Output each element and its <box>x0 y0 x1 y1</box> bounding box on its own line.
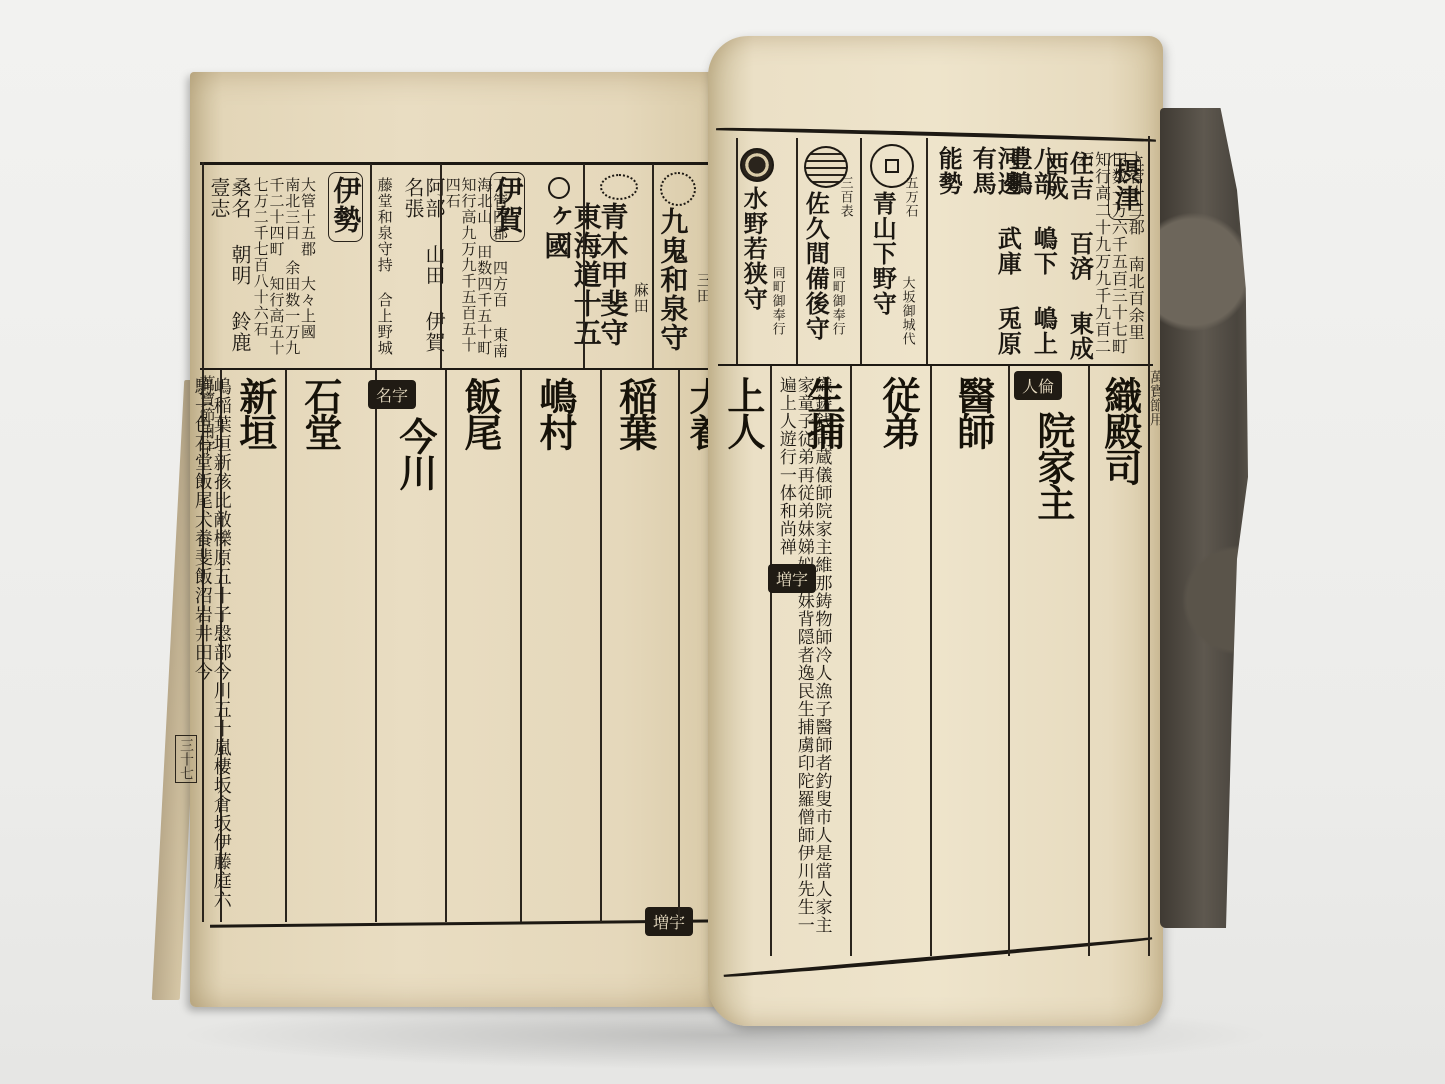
column-divider <box>285 370 287 922</box>
ise-lord: 藤堂和泉守持 合上野城 <box>376 177 392 362</box>
mizuno-name: 水野若狭守 <box>741 186 766 356</box>
sakuma-name: 佐久間備後守 <box>803 191 828 356</box>
region-heading: 東海道十五ヶ國 <box>542 202 601 362</box>
brush-entry: 飯尾 <box>460 377 500 917</box>
ise-districts-2: 桑名 朝明 鈴鹿 壹志 <box>208 177 250 362</box>
column-divider <box>930 366 932 956</box>
label-myoji: 名字 <box>368 380 416 409</box>
worn-binding-spine <box>1160 108 1270 928</box>
column-divider <box>860 138 862 364</box>
mizuno-post: 同町御奉行 <box>770 266 784 356</box>
sakuma-post: 同町御奉行 <box>830 266 844 356</box>
aoki-name: 青木甲斐守 <box>598 202 627 362</box>
small-entries-col: 嶋稲葉垣新孩比敵櫟原五十子慇部今川五十嵐棲坂倉坂伊藤庭六駒一色石堂飯尾犬養斐飯沼… <box>192 377 230 917</box>
aoki-seat: 麻田 <box>632 282 648 362</box>
column-divider <box>926 138 928 364</box>
sakuma-stipend: 三百表 <box>838 176 852 236</box>
brush-entry: 今川 <box>395 417 435 917</box>
iga-heading-box: 伊賀 <box>490 172 525 242</box>
small-rings-crest-icon <box>660 172 696 206</box>
column-divider <box>678 370 680 922</box>
column-divider <box>520 370 522 922</box>
ise-districts: 阿部 山田 伊賀 名張 <box>402 177 444 362</box>
column-divider <box>440 164 442 368</box>
column-divider <box>600 370 602 922</box>
brush-entry: 石堂 <box>300 377 340 917</box>
brush-entry: 院家主 <box>1033 411 1073 946</box>
settsu-districts-4: 能勢 <box>936 146 961 356</box>
aoyama-post: 大坂御城代 <box>900 276 914 356</box>
left-margin-title: 萬寶節用字 <box>195 375 218 455</box>
settsu-heading-box: 摂津 <box>1108 154 1141 220</box>
column-divider <box>370 164 372 368</box>
ise-note: 大管十五郡 大々上國 南北三日 余田数一万九千二十四町 知行高五十七万二千七百八… <box>252 177 315 362</box>
settsu-heading: 摂津 <box>1111 158 1138 212</box>
page-number: 三十七 <box>175 735 197 783</box>
column-divider <box>583 164 585 368</box>
label-zoji: 増字 <box>768 564 816 593</box>
kuki-name: 九鬼和泉守 <box>658 207 687 367</box>
stacked-rings-crest-icon <box>600 174 638 200</box>
right-page: 水野若狭守 同町御奉行 佐久間備後守 三百表 同町御奉行 青山下野守 五万石 大… <box>708 36 1163 1026</box>
column-divider <box>652 164 654 368</box>
top-border-rule <box>716 126 1156 142</box>
circle-mark-icon <box>548 177 570 199</box>
iga-heading: 伊賀 <box>493 176 522 234</box>
aoyama-stipend: 五万石 <box>903 176 917 236</box>
column-divider <box>770 366 772 956</box>
column-divider <box>1088 366 1090 956</box>
brush-entry: 醫師 <box>953 376 993 946</box>
brush-entry: 嶋村 <box>535 377 575 917</box>
ise-heading: 伊勢 <box>331 176 360 234</box>
brush-entry: 従弟 <box>878 376 918 946</box>
brush-entry: 織殿司 <box>1100 376 1140 946</box>
column-divider <box>1008 366 1010 956</box>
brush-entry: 生捕 <box>803 376 843 946</box>
left-page: 桑名 朝明 鈴鹿 壹志 大管十五郡 大々上國 南北三日 余田数一万九千二十四町 … <box>190 72 730 1007</box>
brush-entry: 新垣 <box>235 377 275 917</box>
register-divider-rule <box>200 368 725 370</box>
right-frame-line <box>1148 136 1150 956</box>
label-jinrin: 人倫 <box>1014 371 1062 400</box>
column-divider <box>796 138 798 364</box>
column-divider <box>736 138 738 364</box>
brush-entry: 稲葉 <box>615 377 655 917</box>
column-divider <box>445 370 447 922</box>
tomoe-crest-icon <box>740 148 774 182</box>
ise-heading-box: 伊勢 <box>328 172 363 242</box>
aoyama-name: 青山下野守 <box>870 191 895 356</box>
brush-entry: 上人 <box>723 376 763 946</box>
column-divider <box>850 366 852 956</box>
column-divider <box>375 370 377 922</box>
top-border-rule <box>200 162 725 165</box>
